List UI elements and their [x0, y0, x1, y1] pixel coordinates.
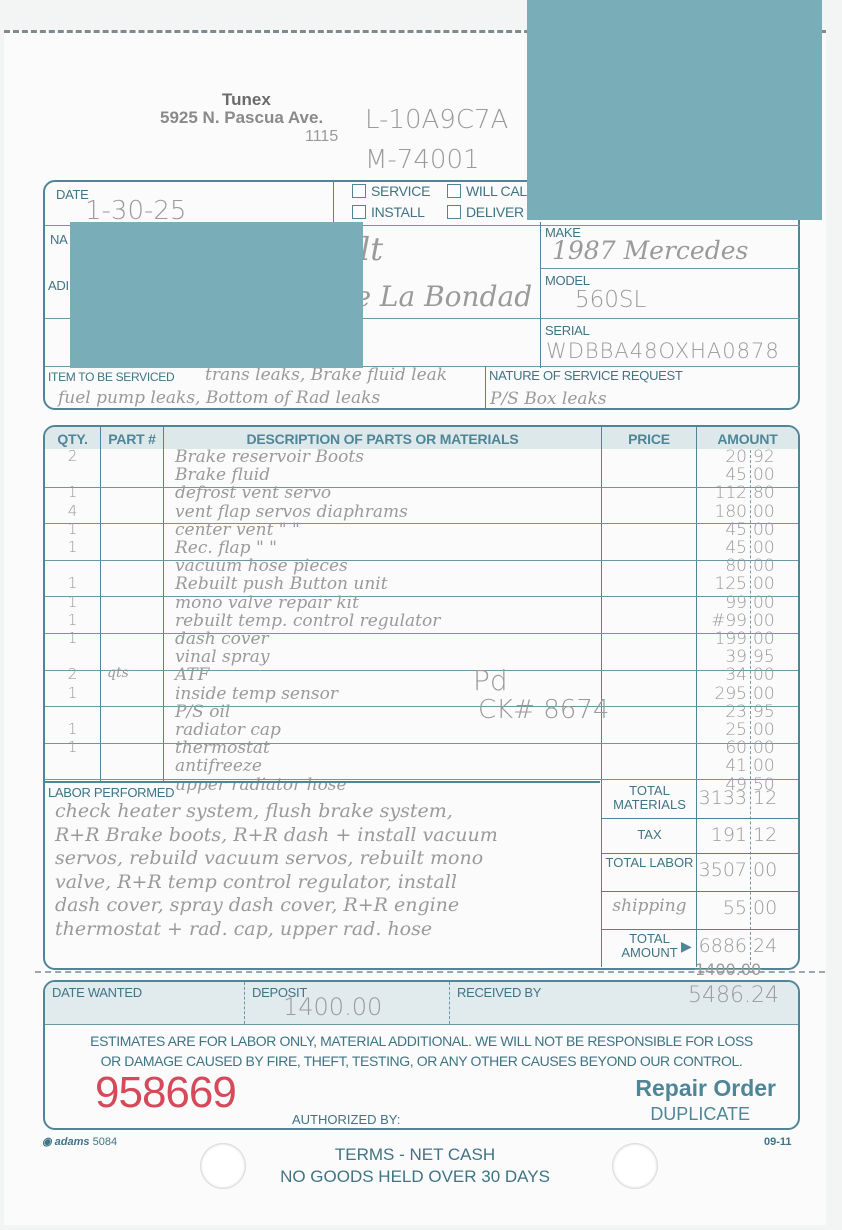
- amount-cents: 00: [753, 502, 793, 522]
- amount-cents: 00: [753, 611, 793, 631]
- description-cell[interactable]: radiator cap: [175, 720, 281, 740]
- amount-dollars: 295: [697, 684, 747, 704]
- amount-dollars: 125: [697, 574, 747, 594]
- check-number-note: CK# 8674: [478, 695, 609, 725]
- amount-dollars: 60: [697, 738, 747, 758]
- amount-cents: 00: [753, 556, 793, 576]
- form-number: 5084: [93, 1136, 117, 1148]
- totals-cents: 00: [753, 859, 793, 881]
- qty-cell[interactable]: 2: [45, 665, 100, 683]
- amount-cents: 00: [753, 593, 793, 613]
- form-copy-type: DUPLICATE: [600, 1104, 750, 1125]
- amount-cents: 00: [753, 665, 793, 685]
- description-cell[interactable]: defrost vent servo: [175, 483, 331, 503]
- qty-cell[interactable]: 1: [45, 574, 100, 592]
- amount-dollars: 112: [697, 483, 747, 503]
- totals-value[interactable]: 313312: [697, 787, 797, 813]
- amount-cents: 95: [753, 702, 793, 722]
- labor-line[interactable]: valve, R+R temp control regulator, insta…: [55, 871, 457, 893]
- form-brand: ◉ adams 5084: [42, 1135, 117, 1148]
- description-cell[interactable]: center vent " ": [175, 520, 300, 540]
- amount-dollars: 180: [697, 502, 747, 522]
- table-row: 1inside temp sensor29500: [45, 684, 798, 702]
- date-wanted-label: DATE WANTED: [52, 985, 142, 1000]
- totals-cents: 00: [753, 897, 793, 919]
- table-row: 4vent flap servos diaphrams18000: [45, 502, 798, 520]
- checkbox-deliver[interactable]: DELIVER: [447, 204, 524, 220]
- totals-row: TOTAL MATERIALS313312: [603, 781, 798, 818]
- labor-line[interactable]: check heater system, flush brake system,: [55, 800, 453, 822]
- terms-line-2: NO GOODS HELD OVER 30 DAYS: [215, 1167, 615, 1187]
- part-number-cell[interactable]: qts: [107, 665, 162, 681]
- description-cell[interactable]: antifreeze: [175, 756, 262, 776]
- deposit-field[interactable]: 1400.00: [283, 993, 382, 1021]
- amount-dollars: 25: [697, 720, 747, 740]
- shop-address: 5925 N. Pascua Ave.: [160, 108, 323, 128]
- checkbox-install-label: INSTALL: [371, 204, 425, 220]
- totals-label: shipping: [603, 899, 696, 913]
- qty-cell[interactable]: 1: [45, 738, 100, 756]
- checkbox-deliver-label: DELIVER: [466, 204, 524, 220]
- amount-dollars: 99: [697, 593, 747, 613]
- description-cell[interactable]: rebuilt temp. control regulator: [175, 611, 440, 631]
- totals-label: TOTAL LABOR: [603, 856, 696, 870]
- checkbox-will-call[interactable]: WILL CAL: [447, 183, 527, 199]
- table-row: Brake fluid4500: [45, 465, 798, 483]
- description-cell[interactable]: Brake fluid: [175, 465, 270, 485]
- totals-value[interactable]: 688624: [697, 935, 797, 961]
- table-row: 1Rec. flap " "4500: [45, 538, 798, 556]
- handwritten-code-1: L-10A9C7A: [365, 105, 508, 135]
- amount-cents: 00: [753, 629, 793, 649]
- paid-note: Pd: [473, 664, 508, 697]
- date-label: DATE: [56, 187, 89, 202]
- amount-cents: 00: [753, 574, 793, 594]
- table-row: vinal spray3995: [45, 647, 798, 665]
- amount-cents: 00: [753, 738, 793, 758]
- totals-row: TOTAL LABOR350700: [603, 853, 798, 890]
- model-label: MODEL: [545, 273, 590, 288]
- qty-cell[interactable]: 2: [45, 447, 100, 465]
- labor-line[interactable]: thermostat + rad. cap, upper rad. hose: [55, 918, 432, 940]
- authorized-by-label: AUTHORIZED BY:: [292, 1112, 400, 1127]
- amount-cents: 00: [753, 465, 793, 485]
- amount-dollars: 80: [697, 556, 747, 576]
- qty-cell[interactable]: 1: [45, 720, 100, 738]
- description-cell[interactable]: mono valve repair kit: [175, 593, 359, 613]
- shop-phone: 1115: [305, 128, 338, 146]
- qty-cell[interactable]: 1: [45, 629, 100, 647]
- totals-dollars: 3133: [697, 787, 747, 809]
- table-row: 2qtsATF3400: [45, 665, 798, 683]
- qty-cell[interactable]: 1: [45, 684, 100, 702]
- table-row: 1mono valve repair kit9900: [45, 593, 798, 611]
- terms-line-1: TERMS - NET CASH: [215, 1145, 615, 1165]
- name-field[interactable]: lt: [360, 230, 383, 268]
- totals-cents: 12: [753, 824, 793, 846]
- amount-dollars: 39: [697, 647, 747, 667]
- amount-cents: 80: [753, 483, 793, 503]
- order-number: 958669: [95, 1068, 236, 1118]
- serial-field[interactable]: WDBBA48OXHA0878: [546, 339, 780, 363]
- labor-line[interactable]: R+R Brake boots, R+R dash + install vacu…: [55, 824, 498, 846]
- qty-cell[interactable]: 1: [45, 483, 100, 501]
- amount-cents: 00: [753, 684, 793, 704]
- table-row: 2Brake reservoir Boots2092: [45, 447, 798, 465]
- amount-cents: 00: [753, 756, 793, 776]
- amount-dollars: 20: [697, 447, 747, 467]
- received-by-label: RECEIVED BY: [457, 985, 541, 1000]
- amount-dollars: #99: [697, 611, 747, 631]
- amount-dollars: 34: [697, 665, 747, 685]
- disclaimer-line-2: OR DAMAGE CAUSED BY FIRE, THEFT, TESTING…: [43, 1053, 800, 1069]
- shop-name: Tunex: [222, 90, 271, 110]
- qty-cell[interactable]: 1: [45, 611, 100, 629]
- amount-cents: 92: [753, 447, 793, 467]
- amount-dollars: 45: [697, 538, 747, 558]
- amount-dollars: 45: [697, 465, 747, 485]
- description-cell[interactable]: ATF: [175, 665, 209, 685]
- table-row: 1defrost vent servo11280: [45, 483, 798, 501]
- totals-cents: 12: [753, 787, 793, 809]
- checkbox-icon[interactable]: [447, 205, 461, 219]
- description-cell[interactable]: vacuum hose pieces: [175, 556, 348, 576]
- checkbox-icon[interactable]: [352, 205, 366, 219]
- disclaimer-line-1: ESTIMATES ARE FOR LABOR ONLY, MATERIAL A…: [43, 1033, 800, 1049]
- serial-label: SERIAL: [545, 323, 589, 338]
- table-row: 1dash cover19900: [45, 629, 798, 647]
- item-field-line2[interactable]: fuel pump leaks, Bottom of Rad leaks: [58, 388, 380, 408]
- description-cell[interactable]: upper radiator hose: [175, 775, 347, 795]
- totals-value[interactable]: 350700: [697, 859, 797, 885]
- struck-value: 1400.00: [695, 960, 761, 979]
- totals-row: TAX19112: [603, 818, 798, 855]
- item-field-line1[interactable]: trans leaks, Brake fluid leak: [205, 365, 447, 385]
- totals-row: shipping5500: [603, 891, 798, 928]
- description-cell[interactable]: P/S oil: [175, 702, 230, 722]
- name-label: NA: [50, 232, 67, 247]
- labor-line[interactable]: dash cover, spray dash cover, R+R engine: [55, 894, 459, 916]
- redaction-customer: [70, 222, 363, 368]
- description-cell[interactable]: inside temp sensor: [175, 684, 338, 704]
- description-cell[interactable]: vinal spray: [175, 647, 269, 667]
- amount-dollars: 41: [697, 756, 747, 776]
- form-title: Repair Order: [600, 1075, 776, 1102]
- description-cell[interactable]: Brake reservoir Boots: [175, 447, 364, 467]
- totals-dollars: 55: [697, 897, 747, 919]
- labor-label: LABOR PERFORMED: [48, 785, 174, 800]
- item-label: ITEM TO BE SERVICED: [48, 370, 174, 384]
- amount-dollars: 23: [697, 702, 747, 722]
- binder-hole-right: [612, 1143, 658, 1189]
- amount-cents: 00: [753, 720, 793, 740]
- totals-label: TAX: [603, 828, 696, 842]
- handwritten-code-2: M-74001: [365, 145, 480, 175]
- redaction-top-right: [527, 0, 822, 220]
- amount-dollars: 45: [697, 520, 747, 540]
- totals-dollars: 3507: [697, 859, 747, 881]
- qty-cell[interactable]: 1: [45, 593, 100, 611]
- totals-dollars: 191: [697, 824, 747, 846]
- checkbox-will-call-label: WILL CAL: [466, 183, 527, 199]
- table-row: antifreeze4100: [45, 756, 798, 774]
- triangle-right-icon: ▶: [681, 938, 692, 955]
- totals-value[interactable]: 5500: [697, 897, 797, 923]
- checkbox-icon[interactable]: [447, 184, 461, 198]
- labor-line[interactable]: servos, rebuild vacuum servos, rebuilt m…: [55, 847, 483, 869]
- form-revision: 09-11: [764, 1136, 792, 1148]
- checkbox-icon[interactable]: [352, 184, 366, 198]
- address-label: ADI: [48, 278, 69, 293]
- description-cell[interactable]: Rec. flap " ": [175, 538, 277, 558]
- totals-value[interactable]: 19112: [697, 824, 797, 850]
- amount-cents: 00: [753, 520, 793, 540]
- description-cell[interactable]: Rebuilt push Button unit: [175, 574, 388, 594]
- amount-dollars: 199: [697, 629, 747, 649]
- amount-cents: 00: [753, 538, 793, 558]
- checkbox-service[interactable]: SERVICE: [352, 183, 430, 199]
- nature-field[interactable]: P/S Box leaks: [490, 389, 607, 409]
- totals-dollars: 6886: [697, 935, 747, 957]
- model-field[interactable]: 560SL: [575, 287, 646, 313]
- make-field[interactable]: 1987 Mercedes: [552, 236, 748, 265]
- checkbox-service-label: SERVICE: [371, 183, 430, 199]
- amount-cents: 95: [753, 647, 793, 667]
- qty-cell[interactable]: 1: [45, 520, 100, 538]
- nature-label: NATURE OF SERVICE REQUEST: [489, 368, 683, 383]
- description-cell[interactable]: vent flap servos diaphrams: [175, 502, 408, 522]
- table-row: 1center vent " "4500: [45, 520, 798, 538]
- table-row: 1radiator cap2500: [45, 720, 798, 738]
- table-row: vacuum hose pieces8000: [45, 556, 798, 574]
- description-cell[interactable]: dash cover: [175, 629, 269, 649]
- checkbox-install[interactable]: INSTALL: [352, 204, 425, 220]
- table-row: 1Rebuilt push Button unit12500: [45, 574, 798, 592]
- totals-label: TOTAL MATERIALS: [603, 784, 696, 812]
- balance-due-value: 5486.24: [688, 983, 779, 1008]
- brand-name: adams: [55, 1136, 90, 1148]
- qty-cell[interactable]: 4: [45, 502, 100, 520]
- qty-cell[interactable]: 1: [45, 538, 100, 556]
- table-row: P/S oil2395: [45, 702, 798, 720]
- description-cell[interactable]: thermostat: [175, 738, 270, 758]
- table-row: 1thermostat6000: [45, 738, 798, 756]
- table-row: 1rebuilt temp. control regulator#9900: [45, 611, 798, 629]
- adams-logo-icon: ◉: [42, 1136, 52, 1148]
- totals-cents: 24: [753, 935, 793, 957]
